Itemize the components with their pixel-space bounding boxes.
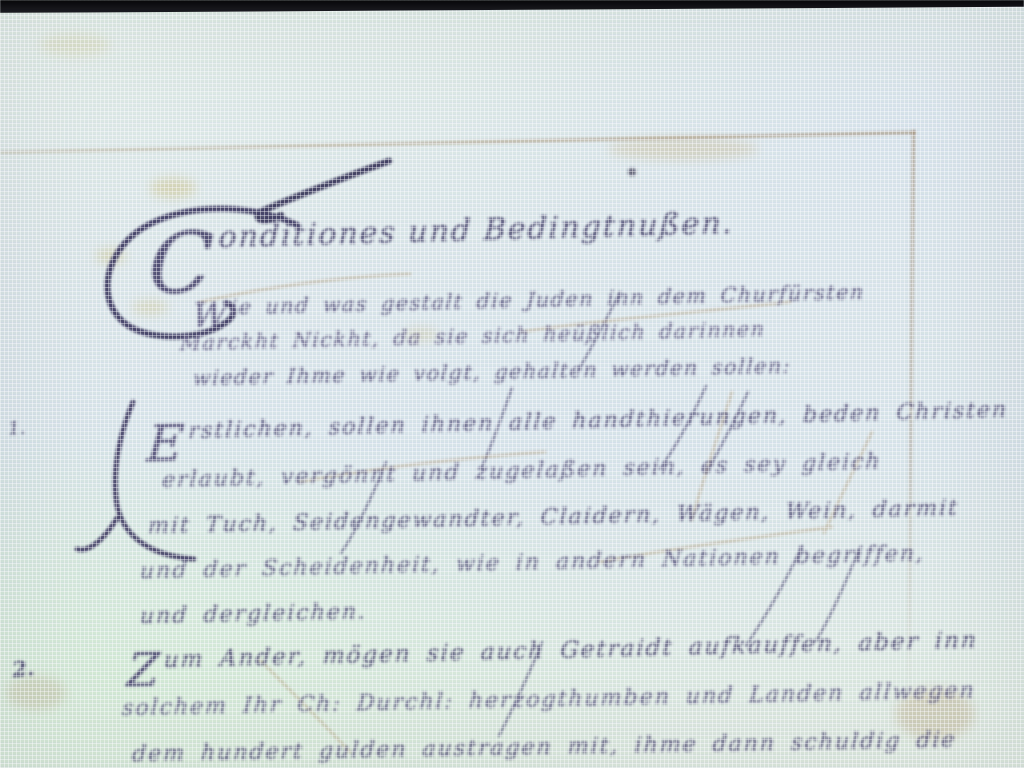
photo-frame: Conditiones und Bedingtnußen. Wie und wa… <box>0 0 1024 768</box>
photo-vignette <box>0 0 1024 768</box>
